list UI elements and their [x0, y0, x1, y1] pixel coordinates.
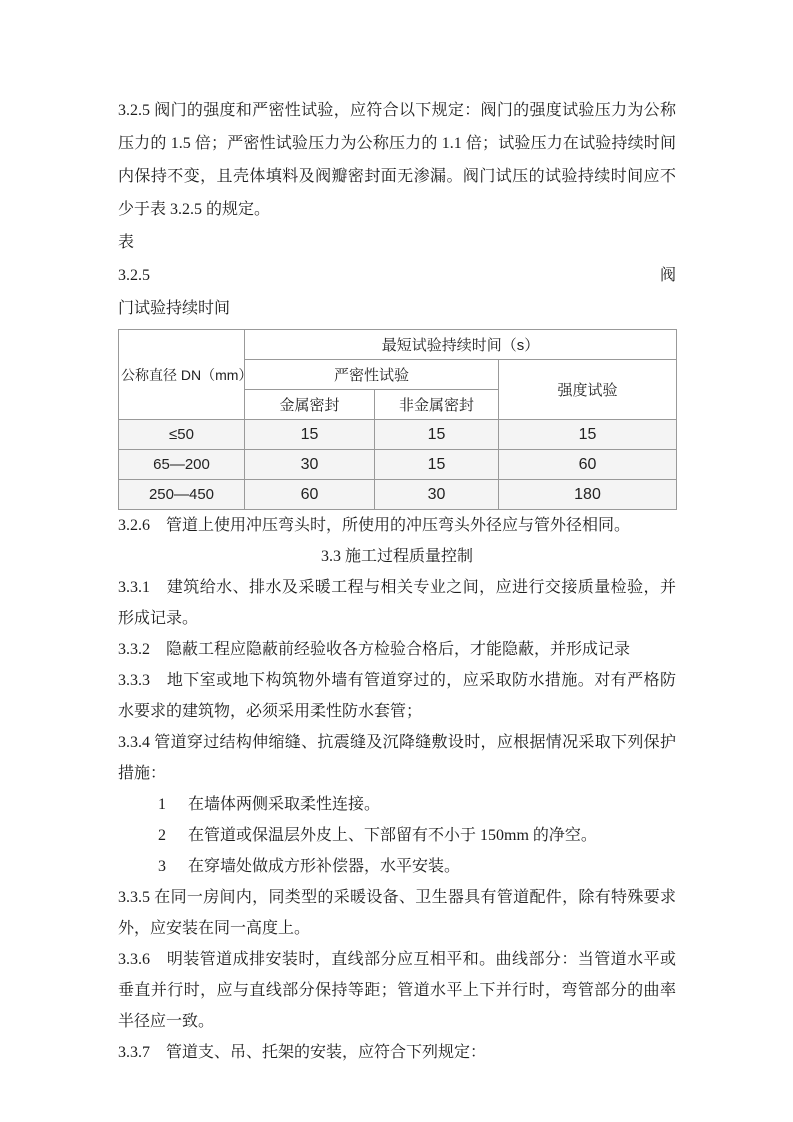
table-cell-dn: 250—450 [119, 480, 245, 510]
table-header-nonmetal-seal: 非金属密封 [375, 390, 499, 420]
table-caption-line-2: 3.2.5 阀 [118, 259, 676, 292]
list-item-number: 1 [158, 789, 188, 820]
table-row-dn250-450: 250—450 60 30 180 [119, 480, 677, 510]
table-header-strength: 强度试验 [499, 360, 677, 420]
document-page: 3.2.5 阀门的强度和严密性试验，应符合以下规定：阀门的强度试验压力为公称压力… [0, 0, 793, 1122]
list-item-number: 2 [158, 820, 188, 851]
table-row-dn65-200: 65—200 30 15 60 [119, 450, 677, 480]
paragraph-3-3-2: 3.3.2 隐蔽工程应隐蔽前经验收各方检验合格后，才能隐蔽，并形成记录 [118, 634, 676, 665]
list-item-text: 在管道或保温层外皮上、下部留有不小于 150mm 的净空。 [188, 820, 597, 851]
paragraph-3-2-6: 3.2.6 管道上使用冲压弯头时，所使用的冲压弯头外径应与管外径相同。 [118, 510, 676, 541]
table-cell-nonmetal: 30 [375, 480, 499, 510]
table-caption-number: 3.2.5 [118, 259, 150, 292]
paragraph-3-2-5: 3.2.5 阀门的强度和严密性试验，应符合以下规定：阀门的强度试验压力为公称压力… [118, 94, 676, 226]
table-header-dn: 公称直径 DN（mm） [119, 330, 245, 420]
paragraph-3-3-5: 3.3.5 在同一房间内，同类型的采暖设备、卫生器具有管道配件，除有特殊要求外，… [118, 882, 676, 944]
list-item-2: 2 在管道或保温层外皮上、下部留有不小于 150mm 的净空。 [118, 820, 676, 851]
paragraph-3-3-1: 3.3.1 建筑给水、排水及采暖工程与相关专业之间，应进行交接质量检验，并形成记… [118, 572, 676, 634]
paragraph-3-3-6: 3.3.6 明装管道成排安装时，直线部分应互相平和。曲线部分：当管道水平或垂直并… [118, 944, 676, 1037]
table-cell-dn: ≤50 [119, 420, 245, 450]
section-3-2: 3.2.5 阀门的强度和严密性试验，应符合以下规定：阀门的强度试验压力为公称压力… [118, 94, 676, 510]
valve-test-duration-table: 公称直径 DN（mm） 最短试验持续时间（s） 严密性试验 强度试验 金属密封 … [118, 329, 677, 510]
table-cell-nonmetal: 15 [375, 420, 499, 450]
table-caption-overflow-char: 阀 [660, 259, 676, 292]
list-item-number: 3 [158, 851, 188, 882]
paragraph-3-3-4: 3.3.4 管道穿过结构伸缩缝、抗震缝及沉降缝敷设时，应根据情况采取下列保护措施… [118, 727, 676, 789]
list-item-3: 3 在穿墙处做成方形补偿器，水平安装。 [118, 851, 676, 882]
table-header-duration: 最短试验持续时间（s） [245, 330, 677, 360]
list-item-text: 在墙体两侧采取柔性连接。 [188, 789, 380, 820]
table-cell-metal: 15 [245, 420, 375, 450]
list-item-text: 在穿墙处做成方形补偿器，水平安装。 [188, 851, 460, 882]
list-item-1: 1 在墙体两侧采取柔性连接。 [118, 789, 676, 820]
table-cell-metal: 30 [245, 450, 375, 480]
table-cell-strength: 15 [499, 420, 677, 450]
table-header-tightness: 严密性试验 [245, 360, 499, 390]
paragraph-3-3-3: 3.3.3 地下室或地下构筑物外墙有管道穿过的，应采取防水措施。对有严格防水要求… [118, 665, 676, 727]
table-row-dn50: ≤50 15 15 15 [119, 420, 677, 450]
table-cell-strength: 180 [499, 480, 677, 510]
table-caption-line-1: 表 [118, 226, 676, 259]
table-cell-dn: 65—200 [119, 450, 245, 480]
table-header-row-1: 公称直径 DN（mm） 最短试验持续时间（s） [119, 330, 677, 360]
table-cell-strength: 60 [499, 450, 677, 480]
table-cell-nonmetal: 15 [375, 450, 499, 480]
section-heading-3-3: 3.3 施工过程质量控制 [118, 541, 676, 572]
table-cell-metal: 60 [245, 480, 375, 510]
table-caption-line-3: 门试验持续时间 [118, 292, 676, 325]
table-header-metal-seal: 金属密封 [245, 390, 375, 420]
paragraph-3-3-7: 3.3.7 管道支、吊、托架的安装，应符合下列规定： [118, 1037, 676, 1068]
section-3-3: 3.2.6 管道上使用冲压弯头时，所使用的冲压弯头外径应与管外径相同。 3.3 … [118, 510, 676, 1068]
